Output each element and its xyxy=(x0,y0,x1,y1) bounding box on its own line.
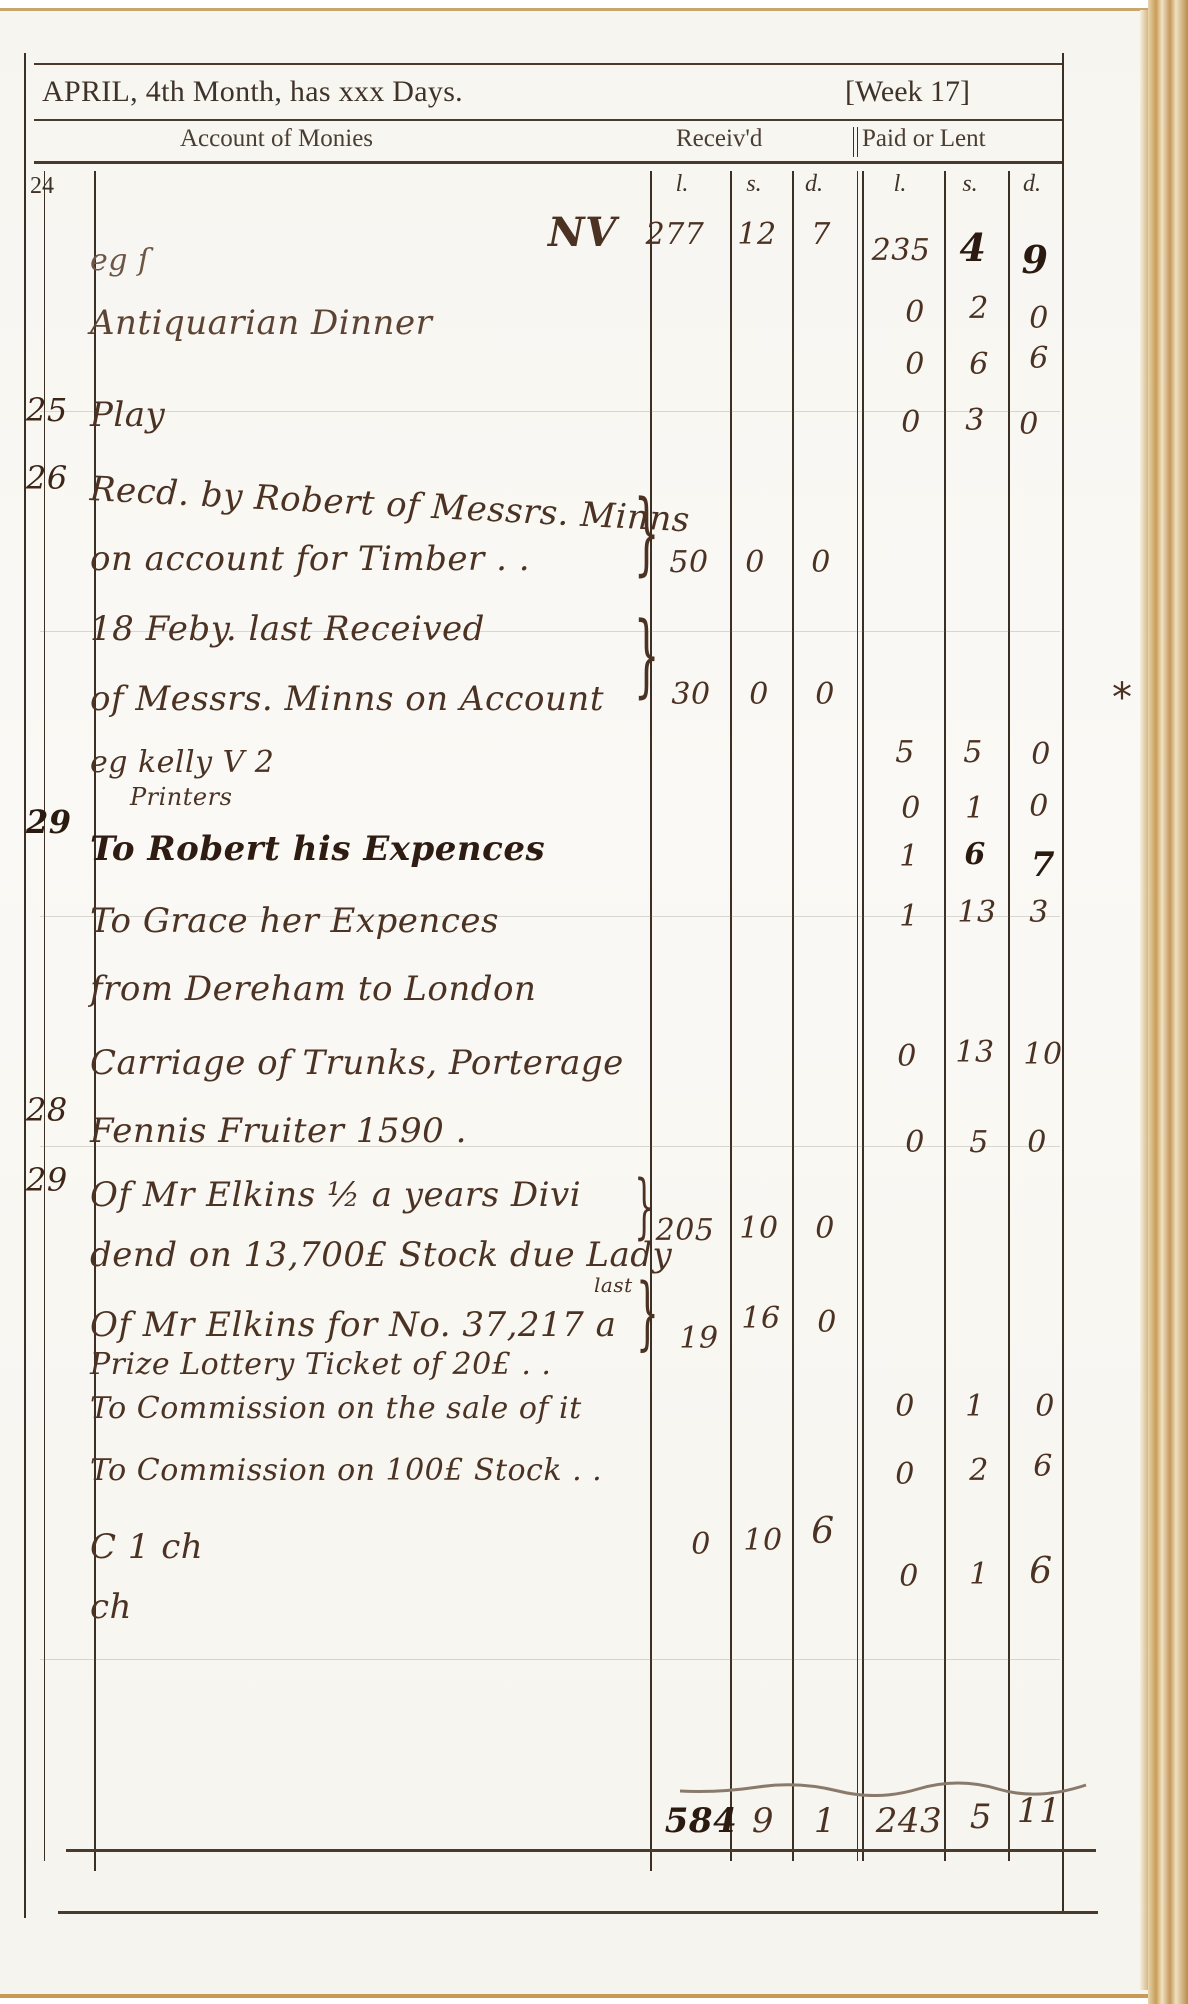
total-received-shillings: 9 xyxy=(728,1801,798,1841)
paid-pence: 9 xyxy=(1000,237,1070,282)
paid-shillings-header: s. xyxy=(940,171,1000,198)
paid-pence: 3 xyxy=(1004,895,1074,930)
paid-shillings: 13 xyxy=(940,1035,1010,1070)
entry-note: NV xyxy=(548,209,617,256)
margin-asterisk: * xyxy=(1112,675,1132,721)
paid-pence: 7 xyxy=(1008,845,1078,885)
subhead-double-bar-a xyxy=(853,127,854,157)
week-label: [Week 17] xyxy=(845,75,970,109)
received-pounds: 277 xyxy=(640,217,710,252)
received-pounds: 30 xyxy=(656,677,726,712)
received-pounds: 50 xyxy=(654,545,724,580)
paid-pence: 6 xyxy=(1006,1551,1076,1592)
entry-description: ch xyxy=(90,1587,132,1627)
title-bottom-rule xyxy=(34,119,1062,121)
paid-pence: 0 xyxy=(1010,1389,1080,1424)
bracket: } xyxy=(636,1273,659,1353)
paid-pounds: 0 xyxy=(880,347,950,382)
received-pence: 0 xyxy=(790,1211,860,1246)
paid-pounds: 0 xyxy=(880,1125,950,1160)
entry-note: last xyxy=(594,1273,633,1297)
entry-description: To Commission on 100£ Stock . . xyxy=(90,1453,602,1488)
paid-pounds: 0 xyxy=(880,295,950,330)
printed-day-number: 24 xyxy=(30,173,54,200)
paid-pence: 0 xyxy=(1002,1125,1072,1160)
entry-description: on account for Timber . . xyxy=(90,539,530,579)
entry-description: Recd. by Robert of Messrs. Minns xyxy=(89,469,691,540)
entry-description: Prize Lottery Ticket of 20£ . . xyxy=(90,1347,551,1382)
received-pence: 0 xyxy=(786,545,856,580)
page-edge xyxy=(1140,10,1148,1990)
received-paid-double-line-a xyxy=(857,171,858,1861)
paid-label: Paid or Lent xyxy=(862,125,986,153)
received-pence-line xyxy=(792,171,794,1861)
entry-date: 28 xyxy=(26,1091,68,1129)
ledger-page: APRIL, 4th Month, has xxx Days. [Week 17… xyxy=(0,8,1150,1998)
received-shillings: 0 xyxy=(724,677,794,712)
entry-description: To Robert his Expences xyxy=(90,829,545,869)
entry-date: 26 xyxy=(26,459,68,497)
entry-description: Printers xyxy=(130,783,232,811)
received-pounds-header: l. xyxy=(652,171,712,198)
paid-pounds: 1 xyxy=(874,839,944,874)
entry-description: To Grace her Expences xyxy=(90,901,499,941)
paid-pounds: 0 xyxy=(876,405,946,440)
bleed-line xyxy=(40,1659,1060,1660)
book-edge xyxy=(1148,0,1188,2004)
paid-shillings: 5 xyxy=(938,735,1008,770)
paid-pounds: 0 xyxy=(874,1559,944,1594)
account-label: Account of Monies xyxy=(180,125,373,153)
header-top-rule xyxy=(34,63,1062,65)
paid-pence: 0 xyxy=(994,407,1064,442)
received-label: Receiv'd xyxy=(676,125,762,153)
entry-description: Of Mr Elkins ½ a years Divi xyxy=(90,1175,581,1215)
paid-shillings: 6 xyxy=(940,837,1010,872)
entry-description: dend on 13,700£ Stock due Lady xyxy=(90,1235,672,1275)
paid-pence: 6 xyxy=(1008,1449,1078,1484)
received-pence: 0 xyxy=(790,677,860,712)
entry-description: 18 Feby. last Received xyxy=(90,609,485,649)
page-left-border xyxy=(24,53,26,1918)
entry-date: 25 xyxy=(26,391,68,429)
paid-pounds: 0 xyxy=(872,1039,942,1074)
entry-date: 29 xyxy=(26,1161,68,1199)
entry-description: from Dereham to London xyxy=(90,969,536,1009)
paid-shillings: 2 xyxy=(944,1453,1014,1488)
entry-description: Fennis Fruiter 1590 . xyxy=(90,1111,467,1151)
subhead-bottom-rule xyxy=(34,161,1062,164)
entry-description: C 1 ch xyxy=(90,1527,203,1567)
paid-pence-header: d. xyxy=(1002,171,1062,198)
subhead-double-bar-b xyxy=(857,127,858,157)
paid-pence: 0 xyxy=(1004,301,1074,336)
entry-description: Carriage of Trunks, Porterage xyxy=(90,1043,624,1083)
entry-description: To Commission on the sale of it xyxy=(90,1391,582,1426)
total-paid-pounds: 243 xyxy=(866,1801,952,1841)
paid-pounds: 1 xyxy=(874,899,944,934)
entry-description: Play xyxy=(90,395,165,435)
received-shillings: 0 xyxy=(720,545,790,580)
paid-pounds: 235 xyxy=(866,233,936,268)
entry-description: eg ſ xyxy=(90,243,150,278)
received-shillings: 16 xyxy=(726,1301,796,1336)
received-pence: 6 xyxy=(788,1511,858,1552)
total-received-pence: 1 xyxy=(790,1801,860,1841)
paid-pence: 0 xyxy=(1006,737,1076,772)
totals-bottom-rule xyxy=(66,1849,1096,1852)
received-shillings: 12 xyxy=(722,217,792,252)
entry-description: Of Mr Elkins for No. 37,217 a xyxy=(90,1305,616,1345)
paid-pence: 6 xyxy=(1004,341,1074,376)
paid-pence: 0 xyxy=(1004,789,1074,824)
entry-date: 29 xyxy=(26,803,72,841)
received-shillings: 10 xyxy=(724,1211,794,1246)
received-shillings-header: s. xyxy=(724,171,784,198)
received-pence: 0 xyxy=(792,1305,862,1340)
paid-shillings: 1 xyxy=(940,791,1010,826)
entry-description: of Messrs. Minns on Account xyxy=(90,679,604,719)
paid-pounds-header: l. xyxy=(870,171,930,198)
paid-shillings: 4 xyxy=(938,225,1008,270)
paid-pounds: 5 xyxy=(870,735,940,770)
received-pence: 7 xyxy=(786,217,856,252)
received-pounds: 205 xyxy=(650,1213,720,1248)
paid-pounds: 0 xyxy=(876,791,946,826)
received-pounds: 0 xyxy=(666,1527,736,1562)
total-paid-pence: 11 xyxy=(1004,1791,1074,1831)
received-pounds: 19 xyxy=(664,1321,734,1356)
paid-pounds: 0 xyxy=(870,1457,940,1492)
page-title: APRIL, 4th Month, has xxx Days. xyxy=(42,75,463,109)
received-paid-double-line-b xyxy=(862,171,864,1861)
page-bottom-rule xyxy=(58,1911,1098,1914)
paid-shillings: 1 xyxy=(940,1389,1010,1424)
entry-description: eg kelly V 2 xyxy=(90,745,274,780)
paid-shillings: 1 xyxy=(944,1557,1014,1592)
paid-pence: 10 xyxy=(1008,1037,1078,1072)
paid-pounds: 0 xyxy=(870,1389,940,1424)
paid-shillings: 13 xyxy=(942,895,1012,930)
entry-description: Antiquarian Dinner xyxy=(90,303,432,343)
received-pounds-line xyxy=(650,171,652,1871)
received-shillings-line xyxy=(730,171,732,1861)
